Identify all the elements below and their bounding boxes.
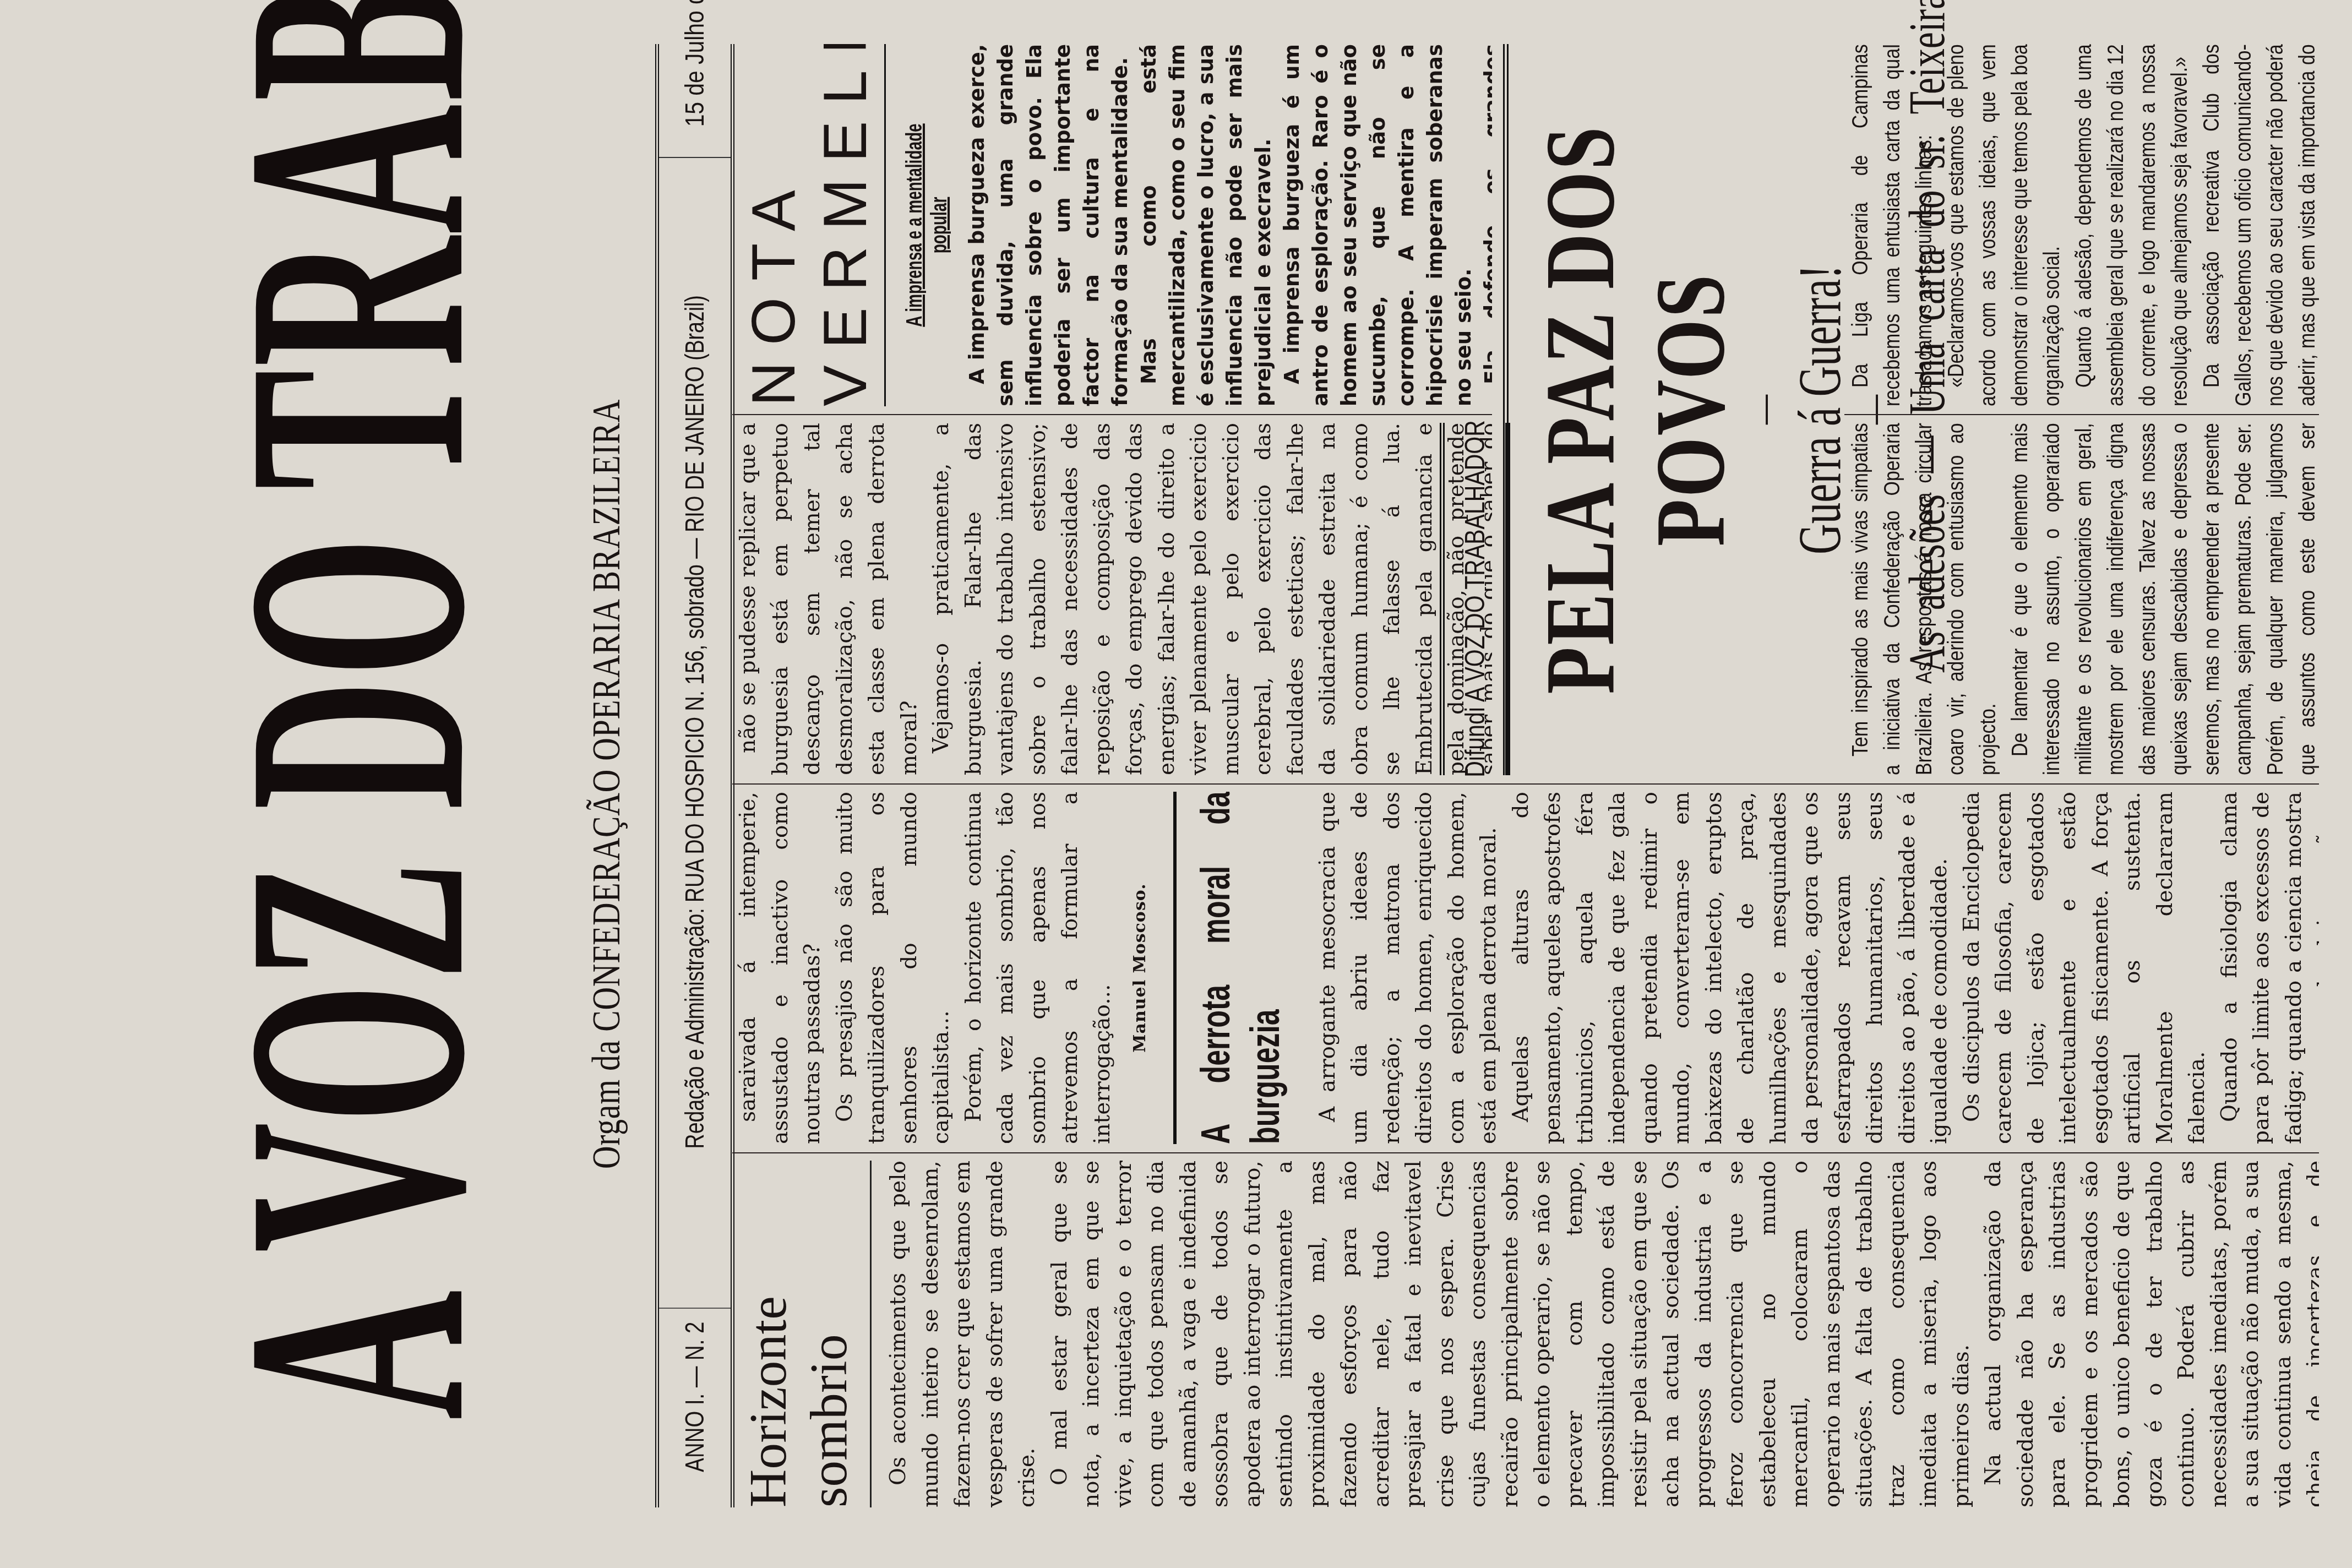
paragraph: Quanto á adesão, dependemos de uma assem… bbox=[2068, 44, 2196, 406]
paragraph: Mas como está mercantilizada, como o seu… bbox=[1135, 44, 1278, 406]
signature-moscoso: Manuel Moscoso. bbox=[1119, 792, 1162, 1144]
paragraph: saraivada á intemperie, assustado e inac… bbox=[732, 792, 829, 1144]
derrota-continuation-column: não se pudesse replicar que a burguesia … bbox=[732, 423, 1492, 775]
paragraph: Da associação recreativa Club dos Gallos… bbox=[2196, 44, 2319, 406]
paragraph: O mal estar geral que se nota, a incerte… bbox=[1044, 1161, 1978, 1507]
column-rule bbox=[732, 414, 1492, 415]
column-rule bbox=[732, 783, 2319, 785]
editorial-address: Redação e Administração: RUA DO HOSPICIO… bbox=[659, 157, 731, 1285]
paragraph: Na actual organização da sociedade não h… bbox=[1978, 1161, 2319, 1507]
paragraph: Os acontecimentos que pelo mundo inteiro… bbox=[883, 1161, 1044, 1507]
subtitle-prefix: Orgam da bbox=[584, 1032, 628, 1169]
column-2: saraivada á intemperie, assustado e inac… bbox=[732, 792, 2319, 1144]
paragraph: Tem inspirado as mais vivas simpatias a … bbox=[1844, 423, 2004, 775]
nota-vermelha-section: não se pudesse replicar que a burguesia … bbox=[732, 44, 1492, 775]
paragraph: Os discipulos da Enciclopedia carecem de… bbox=[1956, 792, 2214, 1144]
article-body-horizonte: Os acontecimentos que pelo mundo inteiro… bbox=[883, 1161, 2319, 1507]
pela-paz-headline: PELA PAZ DOS POVOS bbox=[1525, 124, 1745, 695]
newspaper-title: A VOZ DO TRABALHADOR bbox=[220, 141, 493, 1420]
paragraph: Porém, o horizonte continua cada vez mai… bbox=[958, 792, 1119, 1144]
paragraph: A arrogante mesocracia que um dia abriu … bbox=[1312, 792, 1505, 1144]
newspaper-page: A VOZ DO TRABALHADOR Orgam da CONFEDERAÇ… bbox=[0, 0, 2352, 1568]
article-continuation-horizonte: saraivada á intemperie, assustado e inac… bbox=[732, 792, 1119, 1144]
paragraph: Aquelas alturas do pensamento, aqueles a… bbox=[1505, 792, 1956, 1144]
issue-number: ANNO I. — N. 2 bbox=[659, 1308, 731, 1485]
article-headline-horizonte: Horizonte sombrio bbox=[732, 1161, 872, 1507]
paragraph: A imprensa burgueza exerce, sem duvida, … bbox=[963, 44, 1135, 406]
nota-subtitle: A imprensa e a mentalidade popular bbox=[902, 99, 952, 352]
masthead: A VOZ DO TRABALHADOR Orgam da CONFEDERAÇ… bbox=[33, 0, 655, 1568]
paragraph: Ela defende os grandes ladrões que na bo… bbox=[1478, 44, 1492, 406]
paragraph: Da Liga Operaria de Campinas recebemos u… bbox=[1844, 44, 1940, 406]
pela-paz-column-b: Da Liga Operaria de Campinas recebemos u… bbox=[1844, 44, 2319, 406]
newspaper-subtitle: Orgam da CONFEDERAÇÃO OPERARIA BRAZILEIR… bbox=[584, 157, 629, 1411]
paragraph: De lamentar é que o elemento mais intere… bbox=[2004, 423, 2319, 775]
info-bar: ANNO I. — N. 2 Redação e Administração: … bbox=[655, 44, 734, 1507]
column-rule bbox=[732, 1152, 2319, 1153]
pela-paz-columns: Tem inspirado as mais vivas simpatias a … bbox=[1844, 44, 2319, 775]
nota-title: NOTA VERMELHA bbox=[732, 44, 886, 406]
article-body-derrota: A arrogante mesocracia que um dia abriu … bbox=[1312, 792, 2320, 1144]
page-body: Horizonte sombrio Os acontecimentos que … bbox=[732, 44, 2319, 1507]
subtitle-organization: CONFEDERAÇÃO OPERARIA BRAZILEIRA bbox=[584, 399, 628, 1032]
pela-paz-section: PELA PAZ DOS POVOS — Guerra á Guerra! — … bbox=[1503, 44, 2319, 775]
paragraph: «Declaramos-vos que estamos de pleno aco… bbox=[1940, 44, 2068, 406]
nota-column: NOTA VERMELHA A imprensa e a mentalidade… bbox=[732, 44, 1492, 406]
paragraph: A imprensa burgueza é um antro de esplor… bbox=[1278, 44, 1478, 406]
nota-body: A imprensa burgueza exerce, sem duvida, … bbox=[963, 44, 1492, 406]
paragraph: Quando a fisiologia clama para pôr limit… bbox=[2214, 792, 2320, 1144]
paragraph: Vejamos-o praticamente, a burguesia. Fal… bbox=[925, 423, 1492, 775]
paragraph: não se pudesse replicar que a burguesia … bbox=[732, 423, 925, 775]
column-rule bbox=[1844, 414, 2319, 415]
paragraph: Os presajios não são muito tranquilizado… bbox=[829, 792, 958, 1144]
column-1: Horizonte sombrio Os acontecimentos que … bbox=[732, 1161, 2319, 1507]
difundi-banner: Difundi A VOZ DO TRABALHADOR bbox=[1440, 423, 1510, 775]
pela-paz-column-a: Tem inspirado as mais vivas simpatias a … bbox=[1844, 423, 2319, 775]
issue-date: 15 de Julho de 1908 bbox=[659, 0, 731, 157]
divider-dash: — bbox=[1745, 44, 1784, 775]
article-headline-derrota: A derrota moral da burguezia bbox=[1173, 792, 1301, 1144]
